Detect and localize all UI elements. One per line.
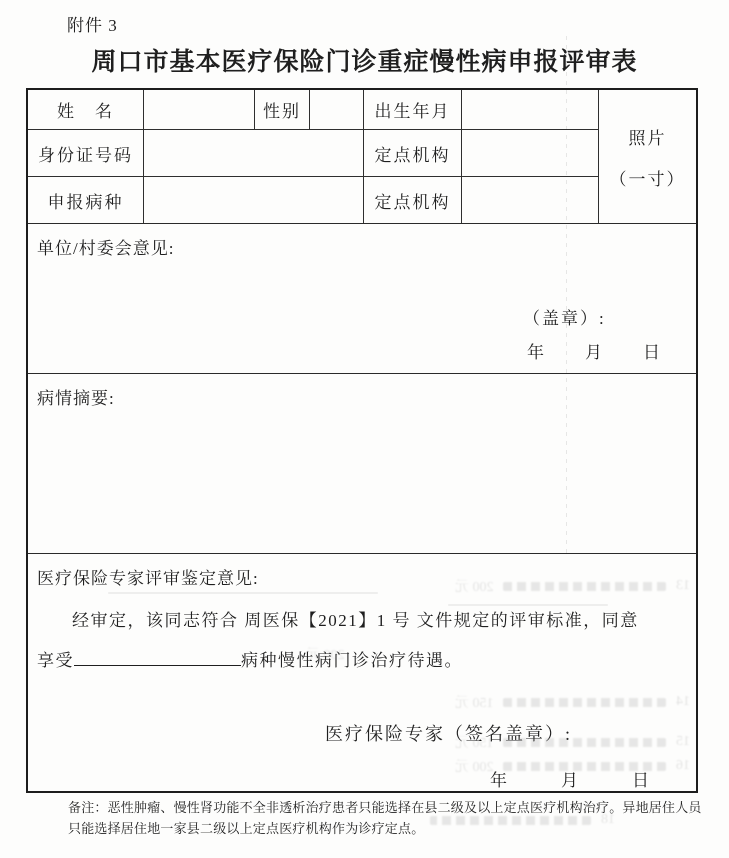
- photo-box-cell: 照片 （一寸）: [599, 90, 696, 223]
- bleedthrough-num: 14: [676, 694, 690, 710]
- id-number-label-cell: 身份证号码: [28, 130, 144, 177]
- bleedthrough-smudge: [504, 738, 667, 747]
- unit-seal-label: （盖章）:: [523, 304, 606, 329]
- bleedthrough-artifact: 15 150 元: [455, 732, 690, 752]
- bleedthrough-num: 18: [601, 812, 615, 828]
- unit-opinion-label: 单位/村委会意见:: [37, 234, 174, 259]
- bleedthrough-smudge: [504, 582, 667, 591]
- bleedthrough-artifact: 14 150 元: [455, 692, 690, 712]
- disease-value-cell: [144, 177, 364, 223]
- fill-in-blank-underline: [74, 648, 241, 666]
- form-table: 姓 名 性别 出生年月 照片 （一寸） 身份证号码 定点机构 申报病种 定点机构…: [26, 88, 698, 793]
- disease-institution-value-cell: [462, 177, 599, 223]
- bleedthrough-smudge: [430, 816, 591, 825]
- bleedthrough-amount: 150 元: [455, 692, 494, 712]
- unit-opinion-section: 单位/村委会意见: （盖章）: 年 月 日: [28, 224, 696, 374]
- birth-label-cell: 出生年月: [364, 90, 462, 130]
- photo-label-line1: 照片: [629, 124, 667, 149]
- id-institution-label-cell: 定点机构: [364, 130, 462, 177]
- expert-line2-prefix: 享受: [37, 651, 74, 670]
- bleedthrough-amount: 200 元: [455, 756, 494, 776]
- bleedthrough-artifact: 13 200 元: [455, 576, 690, 596]
- bleedthrough-amount: 200 元: [455, 576, 494, 596]
- bleedthrough-artifact: 200 元: [306, 644, 345, 664]
- disease-label-cell: 申报病种: [28, 177, 144, 223]
- bleedthrough-amount: 150 元: [455, 732, 494, 752]
- disease-summary-label: 病情摘要:: [37, 384, 115, 409]
- bleedthrough-num: 15: [676, 734, 690, 750]
- bleedthrough-artifact: 18: [420, 812, 615, 828]
- expert-opinion-text-line2: 享受病种慢性病门诊治疗待遇。: [37, 646, 463, 671]
- id-institution-value-cell: [462, 130, 599, 177]
- disease-summary-section: 病情摘要:: [28, 374, 696, 554]
- expert-line2-suffix: 病种慢性病门诊治疗待遇。: [241, 651, 463, 670]
- gender-label-cell: 性别: [255, 90, 310, 130]
- unit-date-line: 年 月 日: [527, 338, 660, 363]
- birth-value-cell: [462, 90, 599, 130]
- bleedthrough-artifact: 16 200 元: [455, 756, 690, 776]
- attachment-label: 附件 3: [67, 11, 118, 36]
- header-grid: 姓 名 性别 出生年月 照片 （一寸） 身份证号码 定点机构 申报病种 定点机构: [28, 90, 696, 224]
- bleedthrough-num: 16: [676, 758, 690, 774]
- id-number-value-cell: [144, 130, 364, 177]
- unit-day-label: 日: [643, 338, 660, 363]
- unit-year-label: 年: [527, 338, 544, 363]
- bleedthrough-num: 13: [676, 578, 690, 594]
- name-label-cell: 姓 名: [28, 90, 144, 130]
- gender-value-cell: [310, 90, 364, 130]
- unit-month-label: 月: [585, 338, 602, 363]
- expert-opinion-label: 医疗保险专家评审鉴定意见:: [37, 564, 259, 589]
- expert-opinion-text-line1: 经审定，该同志符合 周医保【2021】1 号 文件规定的评审标准，同意: [38, 606, 693, 631]
- disease-institution-label-cell: 定点机构: [364, 177, 462, 223]
- photo-label-line2: （一寸）: [610, 165, 686, 190]
- scanned-form-page: 附件 3 周口市基本医疗保险门诊重症慢性病申报评审表 姓 名 性别 出生年月 照…: [0, 0, 729, 858]
- bleedthrough-smudge: [504, 762, 667, 771]
- bleedthrough-smudge: [504, 698, 667, 707]
- page-title: 周口市基本医疗保险门诊重症慢性病申报评审表: [0, 42, 729, 78]
- name-value-cell: [144, 90, 255, 130]
